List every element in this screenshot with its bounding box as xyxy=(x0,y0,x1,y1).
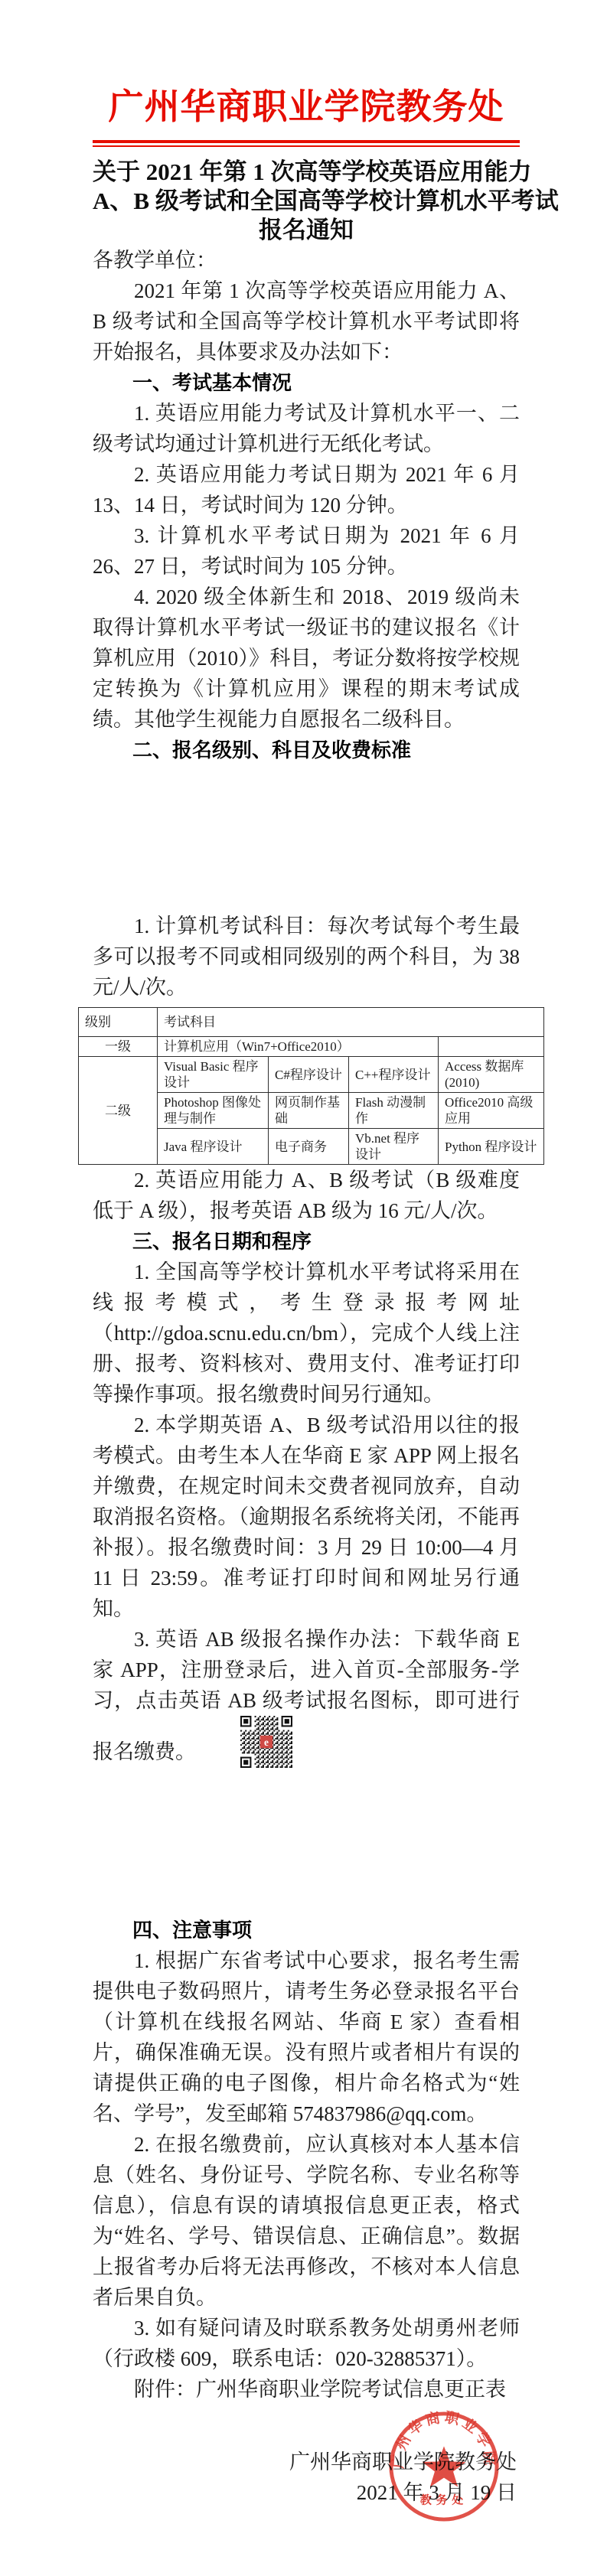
section-4-heading: 四、注意事项 xyxy=(93,1915,520,1945)
section-3-heading: 三、报名日期和程序 xyxy=(93,1226,520,1257)
section-1-heading: 一、考试基本情况 xyxy=(93,367,520,398)
section-4-paragraph-3: 3. 如有疑问请及时联系教务处胡勇州老师（行政楼 609，联系电话：020-32… xyxy=(93,2313,520,2374)
red-divider xyxy=(93,140,520,147)
section-2-heading: 二、报名级别、科目及收费标准 xyxy=(93,735,520,765)
attachment-line: 附件：广州华商职业学院考试信息更正表 xyxy=(93,2374,520,2405)
table-row-level2-a: 二级 Visual Basic 程序设计 C#程序设计 C++程序设计 Acce… xyxy=(79,1057,544,1093)
org-title: 广州华商职业学院教务处 xyxy=(93,86,520,129)
section-1-paragraph-2: 2. 英语应用能力考试日期为 2021 年 6 月 13、14 日，考试时间为 … xyxy=(93,459,520,520)
doc-title: 关于 2021 年第 1 次高等学校英语应用能力 A、B 级考试和全国高等学校计… xyxy=(93,158,520,245)
section-1-paragraph-3: 3. 计算机水平考试日期为 2021 年 6 月 26、27 日，考试时间为 1… xyxy=(93,520,520,582)
subject-cell: 网页制作基础 xyxy=(269,1093,349,1129)
section-4-paragraph-1: 1. 根据广东省考试中心要求，报名考生需提供电子数码照片，请考生务必登录报名平台… xyxy=(93,1945,520,2129)
level1-cell: 一级 xyxy=(79,1037,158,1057)
subject-cell: Vb.net 程序设计 xyxy=(349,1129,439,1165)
signature-block: 广州华商职业学院 教务处 广州华商职业学院教务处 2021 年 3 月 19 日 xyxy=(93,2447,520,2508)
notice-document: 广州华商职业学院教务处 关于 2021 年第 1 次高等学校英语应用能力 A、B… xyxy=(0,0,607,2576)
col-header-level: 级别 xyxy=(79,1008,158,1037)
subject-cell: Photoshop 图像处理与制作 xyxy=(158,1093,269,1129)
section-1-paragraph-4: 4. 2020 级全体新生和 2018、2019 级尚未取得计算机水平考试一级证… xyxy=(93,582,520,735)
page-break-gap-1 xyxy=(93,765,520,911)
document-body: 各教学单位： 2021 年第 1 次高等学校英语应用能力 A、B 级考试和全国高… xyxy=(93,245,520,2508)
subject-cell: Visual Basic 程序设计 xyxy=(158,1057,269,1093)
section-2-paragraph-1: 1. 计算机考试科目：每次考试每个考生最多可以报考不同或相同级别的两个科目，为 … xyxy=(93,911,520,1003)
level2-cell: 二级 xyxy=(79,1057,158,1165)
col-header-subject: 考试科目 xyxy=(158,1008,544,1037)
page-break-gap-2 xyxy=(93,1768,520,1915)
signature-org: 广州华商职业学院教务处 xyxy=(93,2447,520,2477)
section-2-paragraph-2: 2. 英语应用能力 A、B 级考试（B 级难度低于 A 级），报考英语 AB 级… xyxy=(93,1165,520,1226)
signature-date: 2021 年 3 月 19 日 xyxy=(93,2477,520,2508)
subject-cell: Python 程序设计 xyxy=(439,1129,544,1165)
subject-cell: Java 程序设计 xyxy=(158,1129,269,1165)
table-row-level1: 一级 计算机应用（Win7+Office2010） xyxy=(79,1037,544,1057)
salutation: 各教学单位： xyxy=(93,245,520,276)
doc-title-line-1: 关于 2021 年第 1 次高等学校英语应用能力 xyxy=(93,158,520,187)
intro-paragraph: 2021 年第 1 次高等学校英语应用能力 A、B 级考试和全国高等学校计算机水… xyxy=(93,276,520,367)
exam-subjects-table: 级别 考试科目 一级 计算机应用（Win7+Office2010） 二级 Vis… xyxy=(78,1007,544,1165)
subject-cell: C++程序设计 xyxy=(349,1057,439,1093)
subject-cell: Office2010 高级应用 xyxy=(439,1093,544,1129)
svg-text:e: e xyxy=(264,1736,269,1748)
level1-subject-cell: 计算机应用（Win7+Office2010） xyxy=(158,1037,439,1057)
table-header-row: 级别 考试科目 xyxy=(79,1008,544,1037)
section-4-paragraph-2: 2. 在报名缴费前，应认真核对本人基本信息（姓名、身份证号、学院名称、专业名称等… xyxy=(93,2129,520,2313)
section-1-paragraph-1: 1. 英语应用能力考试及计算机水平一、二级考试均通过计算机进行无纸化考试。 xyxy=(93,398,520,459)
section-3-paragraph-1: 1. 全国高等学校计算机水平考试将采用在线报考模式，考生登录报考网址（http:… xyxy=(93,1257,520,1410)
section-3-paragraph-3: 3. 英语 AB 级报名操作办法：下载华商 E 家 APP，注册登录后，进入首页… xyxy=(93,1624,520,1768)
section-3-paragraph-2: 2. 本学期英语 A、B 级考试沿用以往的报考模式。由考生本人在华商 E 家 A… xyxy=(93,1410,520,1624)
subject-cell: Access 数据库(2010) xyxy=(439,1057,544,1093)
subject-cell: Flash 动漫制作 xyxy=(349,1093,439,1129)
doc-title-line-2: A、B 级考试和全国高等学校计算机水平考试 xyxy=(93,187,520,216)
level1-empty-cell xyxy=(439,1037,544,1057)
qr-center-logo: e xyxy=(260,1736,272,1748)
subject-cell: 电子商务 xyxy=(269,1129,349,1165)
doc-title-line-3: 报名通知 xyxy=(93,216,520,245)
registration-qr-code: e xyxy=(199,1716,251,1768)
subject-cell: C#程序设计 xyxy=(269,1057,349,1093)
